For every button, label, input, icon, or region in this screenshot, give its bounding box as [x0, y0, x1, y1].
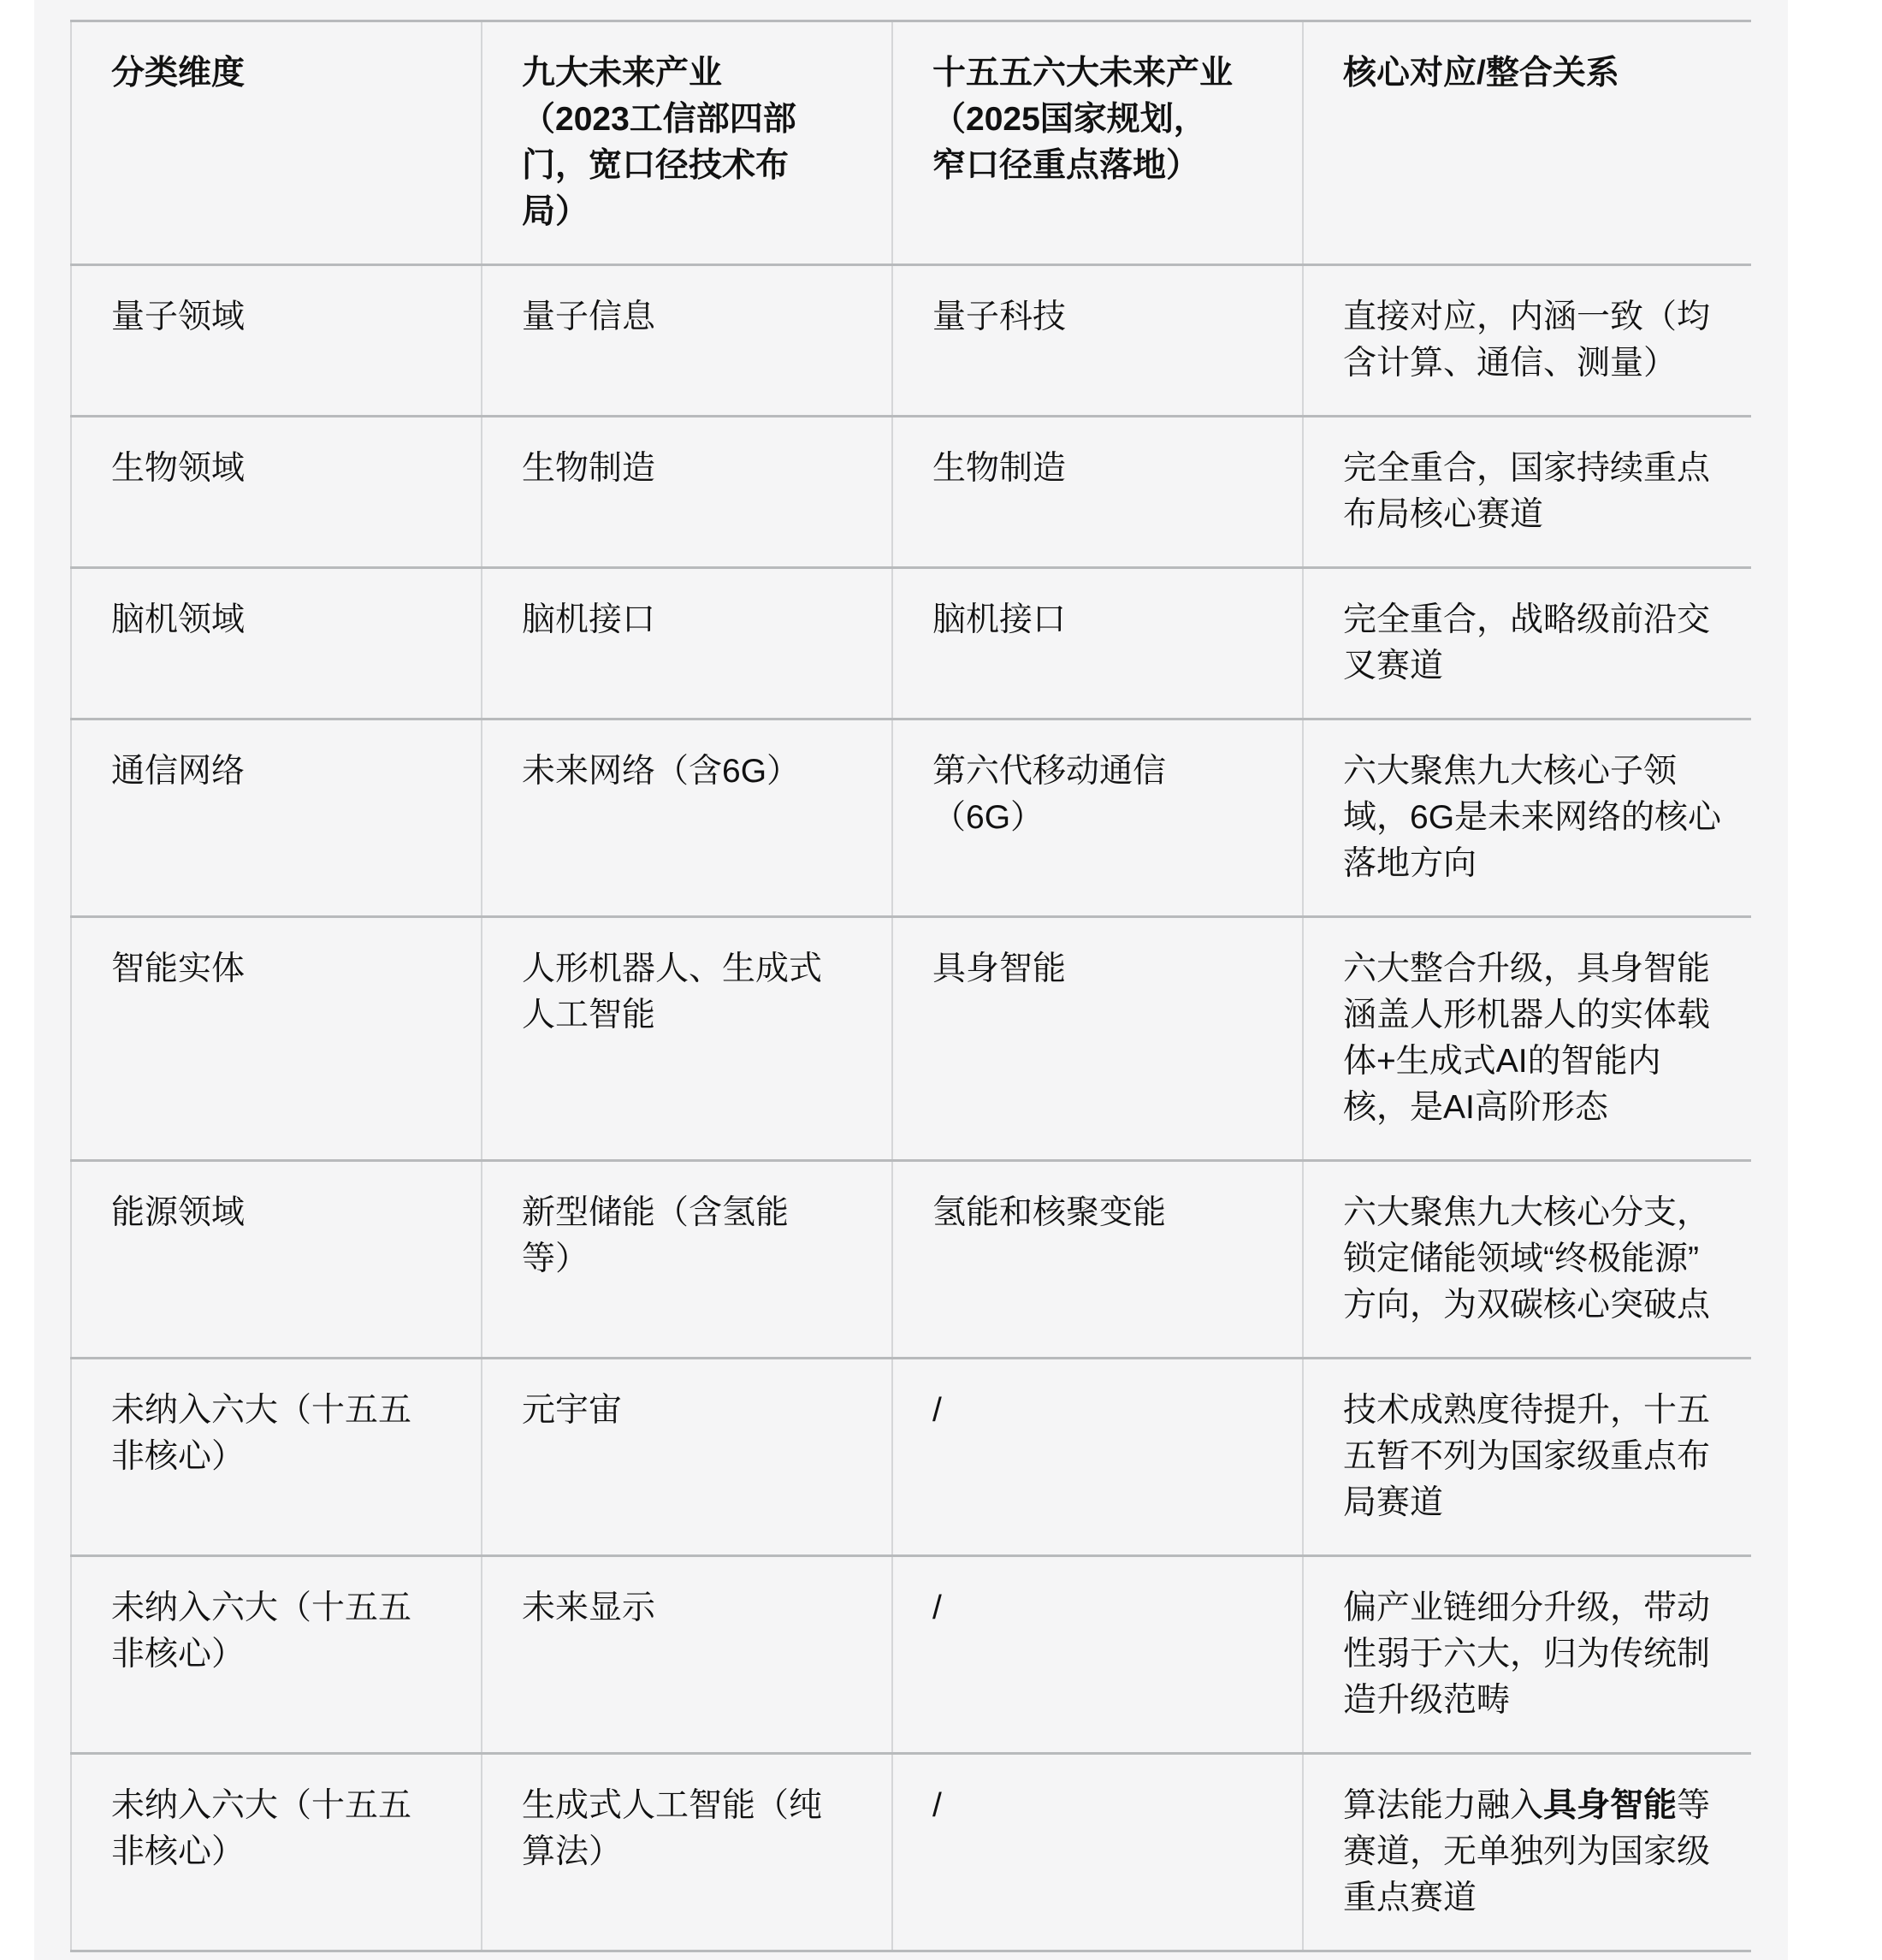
cell-dimension: 未纳入六大（十五五 非核心） — [71, 1359, 482, 1556]
cell-relation: 算法能力融入具身智能等 赛道，无单独列为国家级 重点赛道 — [1303, 1754, 1751, 1951]
cell-dimension: 通信网络 — [71, 719, 482, 917]
cell-nine: 生物制造 — [482, 417, 892, 568]
cell-dimension: 生物领域 — [71, 417, 482, 568]
cell-dimension: 未纳入六大（十五五 非核心） — [71, 1556, 482, 1754]
table-row-bio: 生物领域生物制造生物制造完全重合，国家持续重点 布局核心赛道 — [71, 417, 1751, 568]
col-header-dimension: 分类维度 — [71, 21, 482, 265]
table-row-embodied: 智能实体人形机器人、生成式 人工智能具身智能六大整合升级，具身智能 涵盖人形机器… — [71, 917, 1751, 1161]
table-row-genai: 未纳入六大（十五五 非核心）生成式人工智能（纯 算法）/算法能力融入具身智能等 … — [71, 1754, 1751, 1951]
cell-dimension: 脑机领域 — [71, 568, 482, 719]
cell-nine: 元宇宙 — [482, 1359, 892, 1556]
cell-dimension: 智能实体 — [71, 917, 482, 1161]
cell-relation: 完全重合，国家持续重点 布局核心赛道 — [1303, 417, 1751, 568]
cell-nine: 未来显示 — [482, 1556, 892, 1754]
table-row-quantum: 量子领域量子信息量子科技直接对应，内涵一致（均 含计算、通信、测量） — [71, 265, 1751, 417]
table-row-display: 未纳入六大（十五五 非核心）未来显示/偏产业链细分升级，带动 性弱于六大，归为传… — [71, 1556, 1751, 1754]
table-row-metaverse: 未纳入六大（十五五 非核心）元宇宙/技术成熟度待提升，十五 五暂不列为国家级重点… — [71, 1359, 1751, 1556]
cell-dimension: 能源领域 — [71, 1161, 482, 1359]
cell-nine: 未来网络（含6G） — [482, 719, 892, 917]
header-row: 分类维度九大未来产业 （2023工信部四部 门，宽口径技术布 局）十五五六大未来… — [71, 21, 1751, 265]
industries-comparison-table: 分类维度九大未来产业 （2023工信部四部 门，宽口径技术布 局）十五五六大未来… — [70, 20, 1751, 1952]
cell-six: / — [892, 1556, 1303, 1754]
table-row-energy: 能源领域新型储能（含氢能 等）氢能和核聚变能六大聚焦九大核心分支， 锁定储能领域… — [71, 1161, 1751, 1359]
cell-relation: 偏产业链细分升级，带动 性弱于六大，归为传统制 造升级范畴 — [1303, 1556, 1751, 1754]
cell-relation: 完全重合，战略级前沿交 叉赛道 — [1303, 568, 1751, 719]
cell-relation: 六大整合升级，具身智能 涵盖人形机器人的实体载 体+生成式AI的智能内 核，是A… — [1303, 917, 1751, 1161]
relation-text-prefix: 算法能力融入 — [1343, 1787, 1543, 1824]
table-row-brain: 脑机领域脑机接口脑机接口完全重合，战略级前沿交 叉赛道 — [71, 568, 1751, 719]
table-card: 分类维度九大未来产业 （2023工信部四部 门，宽口径技术布 局）十五五六大未来… — [34, 0, 1788, 1960]
cell-six: 第六代移动通信 （6G） — [892, 719, 1303, 917]
cell-relation: 六大聚焦九大核心分支， 锁定储能领域“终极能源” 方向，为双碳核心突破点 — [1303, 1161, 1751, 1359]
cell-six: / — [892, 1359, 1303, 1556]
cell-six: 生物制造 — [892, 417, 1303, 568]
cell-six: 氢能和核聚变能 — [892, 1161, 1303, 1359]
col-header-relation: 核心对应/整合关系 — [1303, 21, 1751, 265]
table-row-network: 通信网络未来网络（含6G）第六代移动通信 （6G）六大聚焦九大核心子领 域，6G… — [71, 719, 1751, 917]
cell-six: 量子科技 — [892, 265, 1303, 417]
col-header-six-industries: 十五五六大未来产业 （2025国家规划， 窄口径重点落地） — [892, 21, 1303, 265]
cell-nine: 脑机接口 — [482, 568, 892, 719]
cell-nine: 新型储能（含氢能 等） — [482, 1161, 892, 1359]
cell-nine: 生成式人工智能（纯 算法） — [482, 1754, 892, 1951]
col-header-nine-industries: 九大未来产业 （2023工信部四部 门，宽口径技术布 局） — [482, 21, 892, 265]
cell-six: 具身智能 — [892, 917, 1303, 1161]
cell-nine: 人形机器人、生成式 人工智能 — [482, 917, 892, 1161]
cell-relation: 技术成熟度待提升，十五 五暂不列为国家级重点布 局赛道 — [1303, 1359, 1751, 1556]
cell-dimension: 未纳入六大（十五五 非核心） — [71, 1754, 482, 1951]
cell-six: / — [892, 1754, 1303, 1951]
page: { "colors": { "page_background": "#fffff… — [0, 0, 1882, 1960]
cell-dimension: 量子领域 — [71, 265, 482, 417]
cell-nine: 量子信息 — [482, 265, 892, 417]
cell-relation: 六大聚焦九大核心子领 域，6G是未来网络的核心 落地方向 — [1303, 719, 1751, 917]
relation-text-bold: 具身智能 — [1543, 1787, 1677, 1824]
cell-relation: 直接对应，内涵一致（均 含计算、通信、测量） — [1303, 265, 1751, 417]
cell-six: 脑机接口 — [892, 568, 1303, 719]
